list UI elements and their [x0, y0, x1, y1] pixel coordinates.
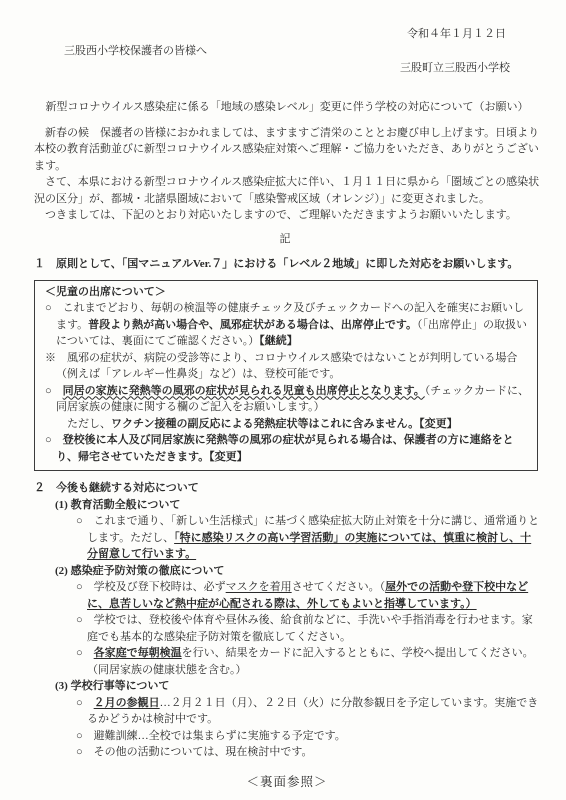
- subsection-2-heading: (2) 感染症予防対策の徹底について: [55, 563, 540, 580]
- box-item-family-symptoms: ○ 同居の家族に発熱等の風邪の症状が見られる児童も出席停止となります。（チェック…: [56, 383, 529, 433]
- vaccine-exception-emphasis: ワクチン接種の副反応による発熱症状等はこれに含みません。【変更】: [111, 418, 458, 430]
- bullet-marker: ○: [76, 581, 94, 593]
- other-activities-item: ○ その他の活動については、現在検討中です。: [87, 744, 540, 761]
- temperature-item: ○ 各家庭で毎朝検温を行い、結果をカードに記入するとともに、学校へ提出してくださ…: [87, 645, 540, 678]
- bullet-marker: ○: [76, 730, 94, 742]
- sender-line: 三股町立三股西小学校: [34, 60, 540, 77]
- subsection-3-heading: (3) 学校行事等について: [55, 678, 540, 695]
- document-date: 令和４年１月１２日: [34, 26, 540, 43]
- intro-paragraph-2: さて、本県における新型コロナウイルス感染症拡大に伴い、１月１１日に県から「圏域ご…: [34, 174, 540, 207]
- family-suspension-emphasis: 同居の家族に発熱等の風邪の症状が見られる児童も出席停止となります。: [63, 385, 425, 397]
- bullet-marker: ○: [45, 385, 63, 397]
- other-activities-text: その他の活動については、現在検討中です。: [94, 746, 313, 758]
- section2-heading: ２ 今後も継続する対応について: [34, 480, 540, 497]
- document-page: 令和４年１月１２日 三股西小学校保護者の皆様へ 三股町立三股西小学校 新型コロナ…: [0, 0, 566, 800]
- bullet-marker: ○: [76, 614, 94, 626]
- after-arrival-emphasis: 登校後に本人及び同居家族に発熱等の風邪の症状が見られる場合は、保護者の方に連絡を…: [56, 434, 514, 463]
- mask-text-mid: させてください。（: [292, 581, 386, 593]
- evacuation-drill-item: ○ 避難訓練…全校では集まらずに実施する予定です。: [87, 728, 540, 745]
- note-marker: ※: [45, 352, 67, 364]
- exception-lead: ただし、: [56, 418, 111, 430]
- vaccine-exception-line: ただし、ワクチン接種の副反応による発熱症状等はこれに含みません。【変更】: [56, 416, 529, 433]
- recipient-line: 三股西小学校保護者の皆様へ: [64, 43, 540, 60]
- mask-item: ○ 学校及び登下校時は、必ずマスクを着用させてください。（屋外での活動や登下校中…: [87, 579, 540, 612]
- bullet-marker: ○: [45, 434, 63, 446]
- mask-text-lead: 学校及び登下校時は、必ず: [94, 581, 226, 593]
- intro-paragraph-3: つきましては、下記のとおり対応いたしますので、ご理解いただきますようお願いいたし…: [34, 207, 540, 224]
- visit-day-item: ○ ２月の参観日…２月２１日（月）、２２日（火）に分散参観日を予定しています。実…: [87, 695, 540, 728]
- handwash-item: ○ 学校では、登校後や体育や昼休み後、給食前などに、手洗いや手指消毒を行わせます…: [87, 612, 540, 645]
- box-item-after-arrival: ○ 登校後に本人及び同居家族に発熱等の風邪の症状が見られる場合は、保護者の方に連…: [56, 432, 529, 465]
- subsection-prevention: (2) 感染症予防対策の徹底について ○ 学校及び登下校時は、必ずマスクを着用さ…: [55, 563, 540, 679]
- note-text: 風邪の症状が、病院の受診等により、コロナウイルス感染ではないことが判明している場…: [56, 352, 517, 381]
- status-tag-continue: 【継続】: [259, 335, 298, 347]
- morning-temp-emphasis: 各家庭で毎朝検温: [94, 647, 182, 659]
- box-item-daily-check: ○ これまでどおり、毎朝の検温等の健康チェック及びチェックカードへの記入を確実に…: [56, 300, 529, 350]
- evacuation-drill-text: 避難訓練…全校では集まらずに実施する予定です。: [94, 730, 346, 742]
- section1-heading: １ 原則として、「国マニュアルVer.７」における「レベル２地域」に即した対応を…: [34, 256, 540, 273]
- ki-marker: 記: [34, 231, 540, 248]
- bullet-marker: ○: [45, 302, 63, 314]
- bullet-marker: ○: [76, 515, 94, 527]
- mask-wear-emphasis: マスクを着用: [226, 581, 292, 593]
- attendance-box: ＜児童の出席について＞ ○ これまでどおり、毎朝の検温等の健康チェック及びチェッ…: [34, 280, 538, 472]
- edu-activities-item: ○ これまで通り、「新しい生活様式」に基づく感染症拡大防止対策を十分に講じ、通常…: [87, 513, 540, 563]
- visit-day-emphasis: ２月の参観日: [94, 697, 160, 709]
- suspension-emphasis: 普段より熱が高い場合や、風邪症状がある場合は、出席停止です。: [88, 319, 417, 331]
- attendance-box-title: ＜児童の出席について＞: [45, 284, 529, 301]
- document-header: 令和４年１月１２日 三股西小学校保護者の皆様へ 三股町立三股西小学校: [34, 26, 540, 77]
- bullet-marker: ○: [76, 746, 94, 758]
- bullet-marker: ○: [76, 647, 94, 659]
- intro-paragraphs: 新春の候 保護者の皆様におかれましては、ますますご清栄のこととお慶び申し上げます…: [34, 125, 540, 224]
- subsection-1-heading: (1) 教育活動全般について: [55, 497, 540, 514]
- footer-see-reverse: ＜裏面参照＞: [34, 774, 540, 791]
- subsection-events: (3) 学校行事等について ○ ２月の参観日…２月２１日（月）、２２日（火）に分…: [55, 678, 540, 761]
- handwash-text: 学校では、登校後や体育や昼休み後、給食前などに、手洗いや手指消毒を行わせます。家…: [87, 614, 533, 643]
- subsection-education: (1) 教育活動全般について ○ これまで通り、「新しい生活様式」に基づく感染症…: [55, 497, 540, 563]
- box-note-cold-symptoms: ※ 風邪の症状が、病院の受診等により、コロナウイルス感染ではないことが判明してい…: [56, 350, 529, 383]
- bullet-marker: ○: [76, 697, 94, 709]
- intro-paragraph-1: 新春の候 保護者の皆様におかれましては、ますますご清栄のこととお慶び申し上げます…: [34, 125, 540, 175]
- document-title: 新型コロナウイルス感染症に係る「地域の感染レベル」変更に伴う学校の対応について（…: [34, 99, 540, 116]
